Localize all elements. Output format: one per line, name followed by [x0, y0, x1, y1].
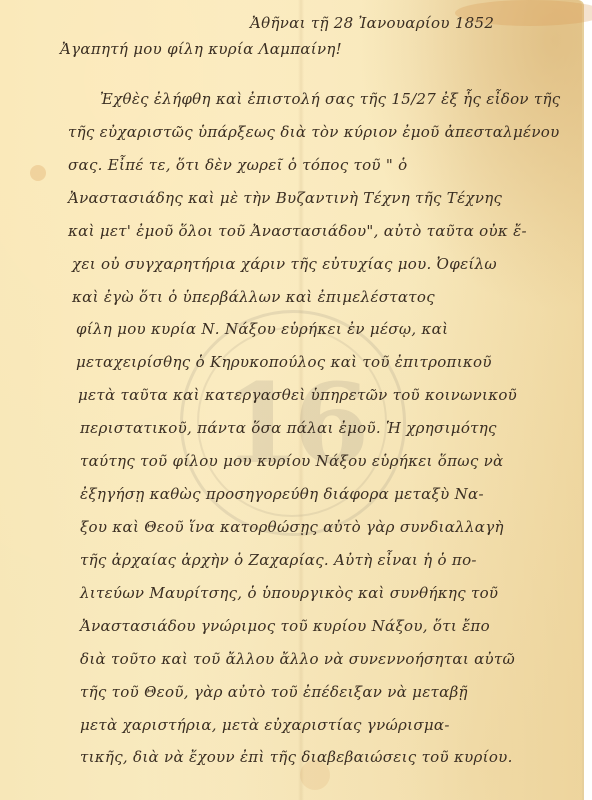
letter-line: Ἀναστασιάδου γνώριμος τοῦ κυρίου Νάξου, …: [80, 617, 490, 635]
letter-line: τικῆς, διὰ νὰ ἔχουν ἐπὶ τῆς διαβεβαιώσει…: [80, 748, 513, 766]
letter-line: χει οὐ συγχαρητήρια χάριν τῆς εὐτυχίας μ…: [72, 255, 497, 273]
letter-line: φίλη μου κυρία Ν. Νάξου εὑρήκει ἐν μέσῳ,…: [76, 320, 448, 338]
letter-line: Ἀναστασιάδης καὶ μὲ τὴν Βυζαντινὴ Τέχνη …: [68, 189, 502, 207]
letter-line: ταύτης τοῦ φίλου μου κυρίου Νάξου εὑρήκε…: [80, 452, 503, 470]
letter-line: σας. Εἶπέ τε, ὅτι δὲν χωρεῖ ὁ τόπος τοῦ …: [68, 156, 407, 174]
letter-line: τῆς τοῦ Θεοῦ, γὰρ αὐτὸ τοῦ ἐπέδειξαν νὰ …: [80, 683, 468, 701]
letter-line: μεταχειρίσθης ὁ Κηρυκοπούλος καὶ τοῦ ἐπι…: [76, 353, 492, 371]
salutation: Ἀγαπητή μου φίλη κυρία Λαμπαίνη!: [60, 40, 342, 58]
letter-line: μετὰ ταῦτα καὶ κατεργασθεὶ ὑπηρετῶν τοῦ …: [78, 386, 517, 404]
letter-line: καὶ ἐγὼ ὅτι ὁ ὑπερβάλλων καὶ ἐπιμελέστατ…: [72, 288, 435, 306]
letter-line: τῆς ἀρχαίας ἀρχὴν ὁ Ζαχαρίας. Αὐτὴ εἶναι…: [80, 551, 477, 569]
letter-line: λιτεύων Μαυρίτσης, ὁ ὑπουργικὸς καὶ συνθ…: [80, 584, 498, 602]
letter-line: μετὰ χαριστήρια, μετὰ εὐχαριστίας γνώρισ…: [80, 716, 450, 734]
paper-stain: [30, 165, 46, 181]
letter-line: καὶ μετ' ἐμοῦ ὅλοι τοῦ Ἀναστασιάδου", αὐ…: [68, 222, 527, 240]
letter-line: διὰ τοῦτο καὶ τοῦ ἄλλου ἄλλο νὰ συνεννοή…: [80, 650, 515, 668]
date-line: Ἀθῆναι τῇ 28 Ἰανουαρίου 1852: [250, 14, 494, 32]
letter-line: περιστατικοῦ, πάντα ὅσα πάλαι ἐμοῦ. Ἡ χρ…: [80, 419, 497, 437]
letter-line: Ἐχθὲς ἐλήφθη καὶ ἐπιστολή σας τῆς 15/27 …: [100, 90, 561, 108]
letter-line: ξου καὶ Θεοῦ ἵνα κατορθώσῃς αὐτὸ γὰρ συν…: [80, 518, 504, 536]
letter-line: ἐξηγήσῃ καθὼς προσηγορεύθη διάφορα μεταξ…: [80, 485, 484, 503]
letter-line: τῆς εὐχαριστῶς ὑπάρξεως διὰ τὸν κύριον ἐ…: [68, 123, 560, 141]
letter-page: 16 Ἀθῆναι τῇ 28 Ἰανουαρίου 1852 Ἀγαπητή …: [0, 0, 584, 800]
